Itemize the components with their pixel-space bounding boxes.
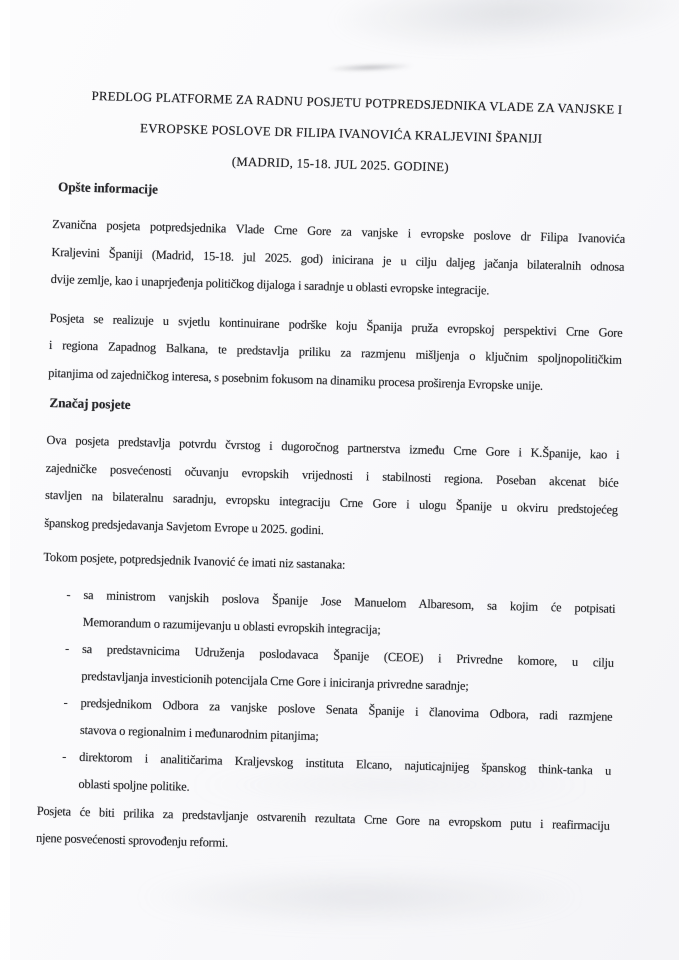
paragraph-partnership: Ova posjeta predstavlja potvrdu čvrstog … — [44, 427, 620, 552]
meetings-list: - sa ministrom vanjskih poslova Španije … — [37, 580, 615, 811]
paragraph-visit-overview: Zvanična posjeta potpredsjednika Vlade C… — [50, 211, 625, 308]
dash-marker: - — [65, 635, 70, 662]
dash-marker: - — [63, 689, 68, 716]
dash-marker: - — [62, 743, 67, 770]
document-content: PREDLOG PLATFORME ZA RADNU POSJETU POTPR… — [36, 78, 629, 867]
paragraph-spain-support: Posjeta se realizuje u svjetlu kontinuir… — [48, 304, 623, 401]
dash-marker: - — [66, 581, 71, 608]
scan-smudge-above-title — [316, 61, 424, 74]
document-title: PREDLOG PLATFORME ZA RADNU POSJETU POTPR… — [54, 78, 629, 188]
meetings-intro-line: Tokom posjete, potpredsjednik Ivanović ć… — [43, 544, 617, 586]
scanner-edge-strip — [0, 0, 10, 960]
scan-shadow-top-right — [268, 0, 679, 74]
scanned-document-page: PREDLOG PLATFORME ZA RADNU POSJETU POTPR… — [0, 0, 679, 960]
scan-shadow-bottom — [50, 858, 670, 936]
